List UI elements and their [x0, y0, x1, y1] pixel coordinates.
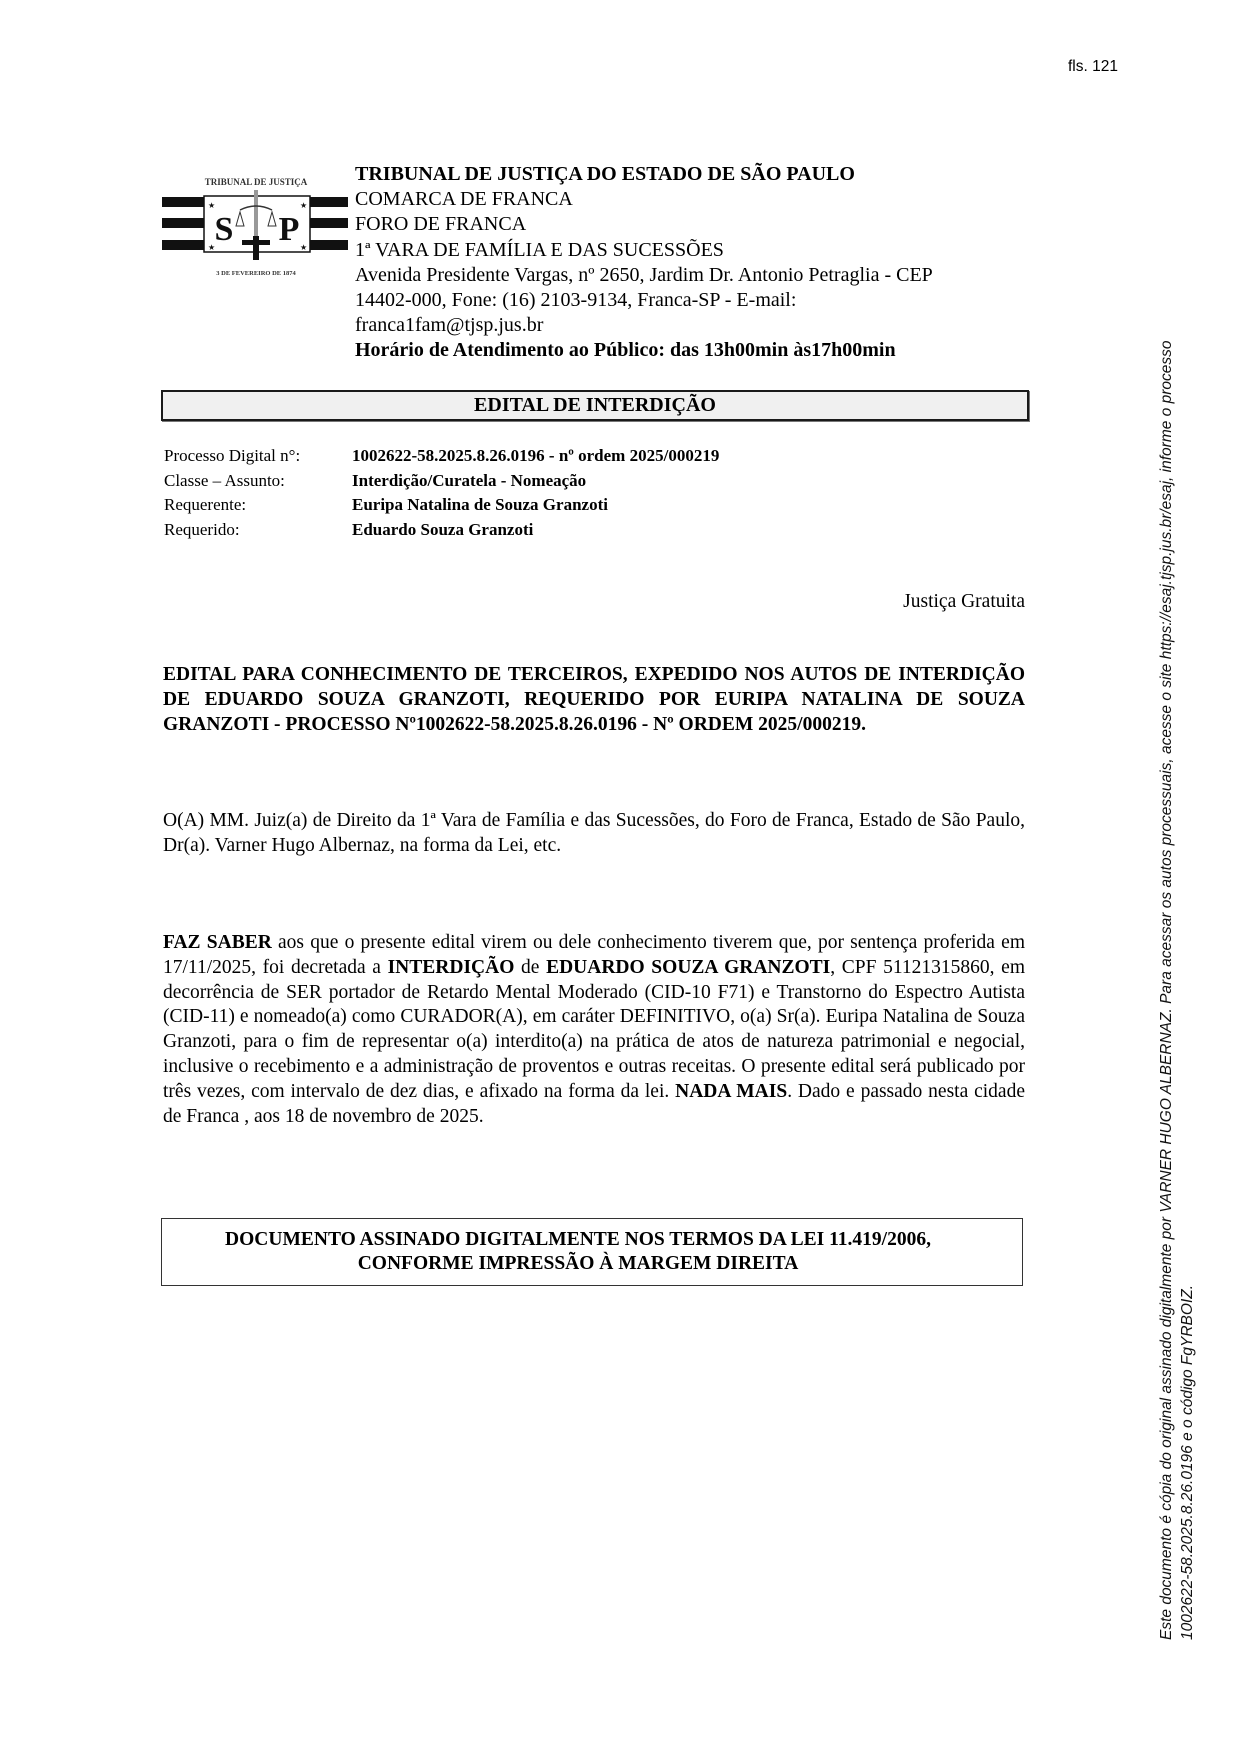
interdiction-text: INTERDIÇÃO: [388, 957, 515, 978]
forum-name: FORO DE FRANCA: [355, 212, 955, 237]
judge-intro: O(A) MM. Juiz(a) de Direito da 1ª Vara d…: [163, 808, 1025, 858]
process-info-row: Requerente: Euripa Natalina de Souza Gra…: [164, 493, 719, 518]
process-number-value: 1002622-58.2025.8.26.0196 - nº ordem 202…: [352, 444, 719, 469]
svg-text:★: ★: [300, 201, 307, 210]
interdicted-name: EDUARDO SOUZA GRANZOTI: [546, 957, 830, 978]
svg-text:TRIBUNAL DE JUSTIÇA: TRIBUNAL DE JUSTIÇA: [205, 177, 308, 187]
respondent-value: Eduardo Souza Granzoti: [352, 518, 533, 543]
svg-text:★: ★: [208, 243, 215, 252]
sheet-number: fls. 121: [1068, 58, 1118, 76]
svg-text:★: ★: [208, 201, 215, 210]
digital-signature-box: DOCUMENTO ASSINADO DIGITALMENTE NOS TERM…: [161, 1218, 1023, 1286]
requester-label: Requerente:: [164, 493, 352, 518]
respondent-label: Requerido:: [164, 518, 352, 543]
body-text: de: [514, 957, 546, 978]
address-line-2: 14402-000, Fone: (16) 2103-9134, Franca-…: [355, 288, 955, 313]
division-name: 1ª VARA DE FAMÍLIA E DAS SUCESSÕES: [355, 238, 955, 263]
requester-value: Euripa Natalina de Souza Granzoti: [352, 493, 608, 518]
margin-stamp-line-1: Este documento é cópia do original assin…: [1157, 341, 1178, 1640]
district-name: COMARCA DE FRANCA: [355, 187, 955, 212]
signature-line-1: DOCUMENTO ASSINADO DIGITALMENTE NOS TERM…: [162, 1228, 1022, 1252]
margin-signature-stamp: Este documento é cópia do original assin…: [1157, 341, 1198, 1640]
svg-text:S: S: [215, 211, 234, 248]
svg-text:P: P: [279, 211, 300, 248]
class-subject-label: Classe – Assunto:: [164, 469, 352, 494]
svg-text:★: ★: [300, 243, 307, 252]
edict-heading: EDITAL PARA CONHECIMENTO DE TERCEIROS, E…: [163, 662, 1025, 737]
address-line-1: Avenida Presidente Vargas, nº 2650, Jard…: [355, 263, 955, 288]
free-justice-note: Justiça Gratuita: [903, 591, 1025, 613]
public-hours: Horário de Atendimento ao Público: das 1…: [355, 338, 955, 363]
document-title: EDITAL DE INTERDIÇÃO: [474, 394, 716, 416]
process-info: Processo Digital n°: 1002622-58.2025.8.2…: [164, 444, 719, 542]
process-info-row: Processo Digital n°: 1002622-58.2025.8.2…: [164, 444, 719, 469]
document-title-box: EDITAL DE INTERDIÇÃO: [161, 390, 1029, 421]
email-address: franca1fam@tjsp.jus.br: [355, 313, 955, 338]
margin-stamp-line-2: 1002622-58.2025.8.26.0196 e o código FgY…: [1178, 341, 1199, 1640]
faz-saber-text: FAZ SABER: [163, 932, 272, 953]
court-name: TRIBUNAL DE JUSTIÇA DO ESTADO DE SÃO PAU…: [355, 162, 955, 187]
process-number-label: Processo Digital n°:: [164, 444, 352, 469]
edict-body: FAZ SABER aos que o presente edital vire…: [163, 931, 1025, 1129]
court-logo: TRIBUNAL DE JUSTIÇA S P ★ ★ ★ ★ 3 DE FEV…: [160, 150, 350, 285]
process-info-row: Requerido: Eduardo Souza Granzoti: [164, 518, 719, 543]
signature-line-2: CONFORME IMPRESSÃO À MARGEM DIREITA: [162, 1252, 1022, 1276]
court-header: TRIBUNAL DE JUSTIÇA DO ESTADO DE SÃO PAU…: [355, 162, 955, 364]
nada-mais-text: NADA MAIS: [675, 1081, 787, 1102]
svg-text:3 DE FEVEREIRO DE 1874: 3 DE FEVEREIRO DE 1874: [216, 270, 296, 277]
class-subject-value: Interdição/Curatela - Nomeação: [352, 469, 586, 494]
process-info-row: Classe – Assunto: Interdição/Curatela - …: [164, 469, 719, 494]
